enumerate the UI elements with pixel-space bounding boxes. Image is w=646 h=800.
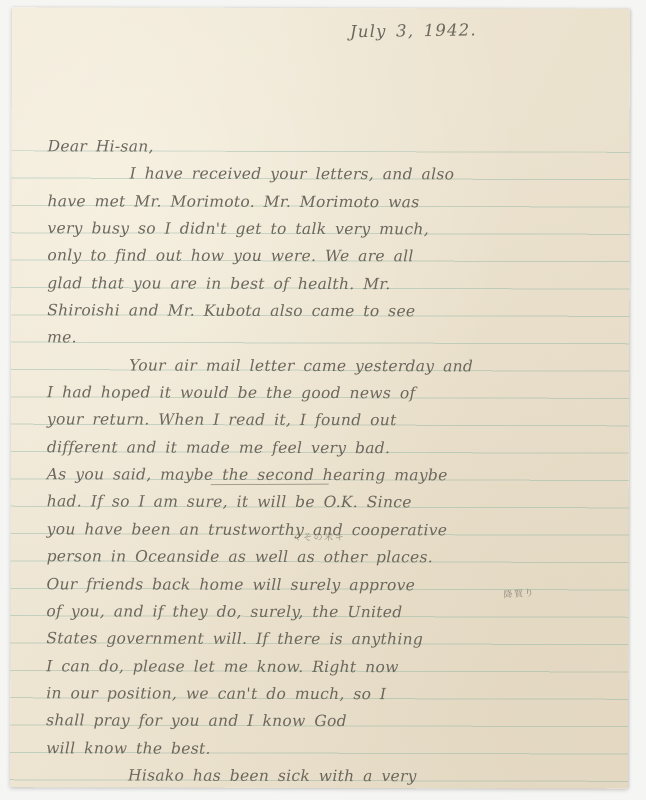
letter-line: in our position, we can't do much, so I — [46, 680, 614, 709]
letter-line: States government will. If there is anyt… — [46, 625, 614, 654]
letter-line: Dear Hi-san, — [48, 133, 616, 162]
letter-line: glad that you are in best of health. Mr. — [47, 270, 615, 299]
censor-pencil-mark-2: 降賀り — [503, 585, 536, 601]
letter-line: had. If so I am sure, it will be O.K. Si… — [47, 489, 615, 518]
letter-line: person in Oceanside as well as other pla… — [47, 543, 615, 572]
letter-line: shall pray for you and I know God — [46, 708, 614, 737]
letter-line: will know the best. — [46, 735, 614, 764]
letter-line: only to find out how you were. We are al… — [47, 243, 615, 272]
letter-line: I had hoped it would be the good news of — [47, 379, 615, 408]
letter-line: As you said, maybe the second hearing ma… — [47, 461, 615, 490]
letter-line: of you, and if they do, surely, the Unit… — [46, 598, 614, 627]
letter-line: have met Mr. Morimoto. Mr. Morimoto was — [47, 188, 615, 217]
letter-paper: July 3, 1942. Dear Hi-san,I have receive… — [10, 7, 630, 789]
letter-line: I can do, please let me know. Right now — [46, 653, 614, 682]
letter-line: your return. When I read it, I found out — [47, 407, 615, 436]
letter-line: different and it made me feel very bad. — [47, 434, 615, 463]
letter-line: Shiroishi and Mr. Kubota also came to se… — [47, 297, 615, 326]
letter-line: Hisako has been sick with a very — [46, 762, 614, 791]
letter-date: July 3, 1942. — [350, 20, 477, 41]
letter-line: me. — [47, 325, 615, 354]
letter-body: Dear Hi-san,I have received your letters… — [46, 133, 616, 791]
censor-pencil-mark-1: くその米キ — [293, 530, 346, 543]
letter-line: I have received your letters, and also — [48, 161, 616, 190]
letter-line: very busy so I didn't get to talk very m… — [47, 215, 615, 244]
letter-line: Your air mail letter came yesterday and — [47, 352, 615, 381]
